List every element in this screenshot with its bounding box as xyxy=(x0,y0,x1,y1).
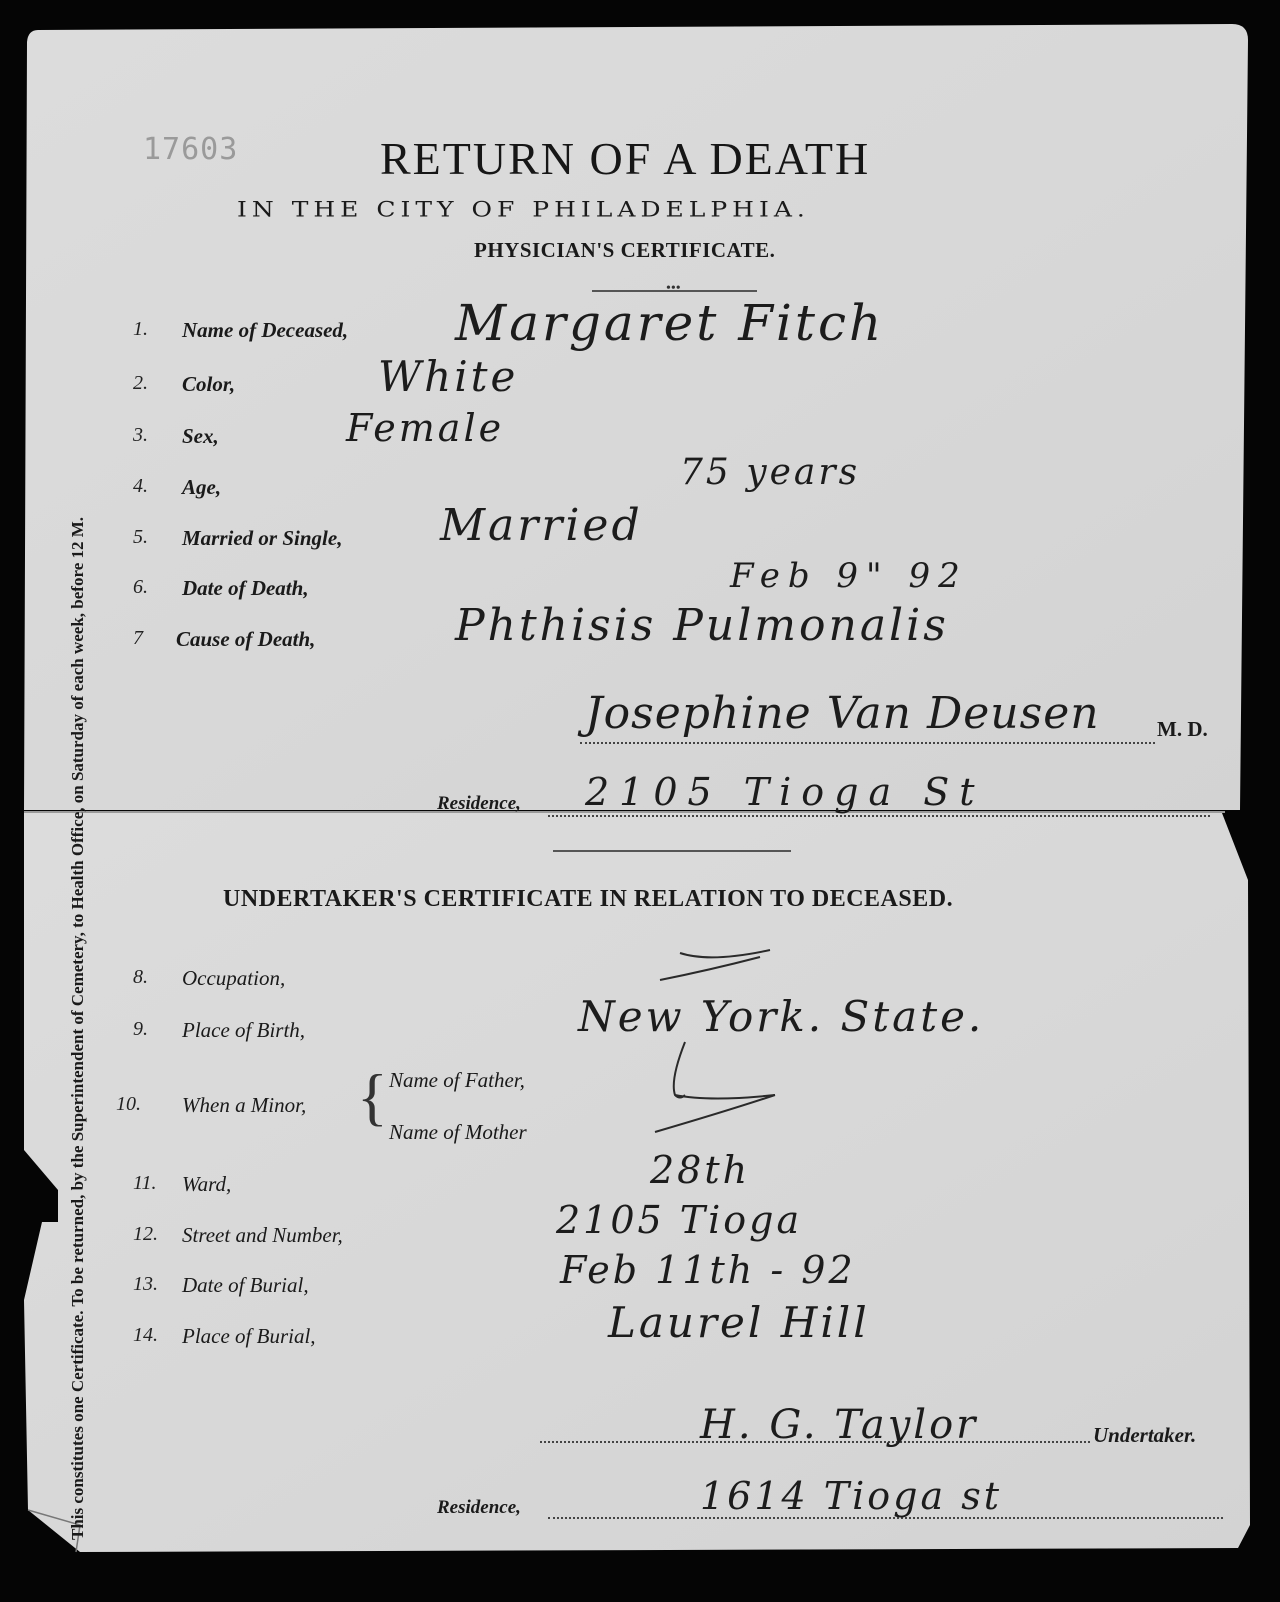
label-date-of-death: Date of Death, xyxy=(182,576,309,601)
label-ward: Ward, xyxy=(182,1172,231,1197)
brace-glyph: { xyxy=(357,1060,388,1134)
value-street-and-number: 2105 Tioga xyxy=(556,1198,802,1242)
value-place-of-birth: New York. State. xyxy=(578,992,984,1041)
field-number: 14. xyxy=(133,1324,158,1347)
label-place-of-burial: Place of Burial, xyxy=(182,1324,316,1349)
label-occupation: Occupation, xyxy=(182,966,285,991)
field-number: 5. xyxy=(133,526,148,549)
label-street-and-number: Street and Number, xyxy=(182,1223,343,1248)
field-number: 13. xyxy=(133,1273,158,1296)
label-place-of-birth: Place of Birth, xyxy=(182,1018,305,1043)
margin-instructions: This constitutes one Certificate. To be … xyxy=(68,120,88,1540)
minor-dash-mark xyxy=(630,1040,830,1140)
label-name-of-mother: Name of Mother xyxy=(389,1120,527,1145)
label-color: Color, xyxy=(182,372,235,397)
value-age: 75 years xyxy=(680,452,860,493)
label-date-of-burial: Date of Burial, xyxy=(182,1273,309,1298)
value-name-of-deceased: Margaret Fitch xyxy=(455,294,884,352)
value-color: White xyxy=(378,352,518,401)
value-sex: Female xyxy=(346,406,504,450)
occupation-dash-mark xyxy=(640,945,790,985)
md-suffix: M. D. xyxy=(1157,717,1208,742)
label-sex: Sex, xyxy=(182,424,219,449)
field-number: 10. xyxy=(116,1093,141,1116)
field-number: 12. xyxy=(133,1223,158,1246)
label-name-of-deceased: Name of Deceased, xyxy=(182,318,348,343)
field-number: 1. xyxy=(133,318,148,341)
field-number: 11. xyxy=(133,1172,157,1195)
undertaker-residence-value: 1614 Tioga st xyxy=(700,1474,1002,1518)
undertaker-suffix: Undertaker. xyxy=(1093,1423,1196,1448)
field-number: 9. xyxy=(133,1018,148,1041)
undertaker-residence-label: Residence, xyxy=(437,1497,521,1519)
undertaker-signature: H. G. Taylor xyxy=(700,1402,978,1448)
physician-signature: Josephine Van Deusen xyxy=(585,688,1100,739)
label-when-a-minor: When a Minor, xyxy=(182,1093,306,1118)
field-number: 8. xyxy=(133,966,148,989)
document-subtitle: IN THE CITY OF PHILADELPHIA. xyxy=(237,197,810,222)
label-name-of-father: Name of Father, xyxy=(389,1068,525,1093)
value-date-of-death: Feb 9" 92 xyxy=(730,556,968,596)
undertaker-section-heading: UNDERTAKER'S CERTIFICATE IN RELATION TO … xyxy=(223,886,953,913)
document-title: RETURN OF A DEATH xyxy=(380,132,870,185)
value-married-or-single: Married xyxy=(440,500,643,551)
physician-section-heading: PHYSICIAN'S CERTIFICATE. xyxy=(474,238,775,263)
field-number: 4. xyxy=(133,475,148,498)
residence-line xyxy=(548,815,1210,817)
physician-residence-label: Residence, xyxy=(437,793,521,815)
field-number: 7 xyxy=(133,627,143,650)
value-ward: 28th xyxy=(650,1148,750,1192)
value-cause-of-death: Phthisis Pulmonalis xyxy=(455,600,949,651)
field-number: 6. xyxy=(133,576,148,599)
field-number: 3. xyxy=(133,424,148,447)
label-age: Age, xyxy=(182,475,221,500)
value-place-of-burial: Laurel Hill xyxy=(608,1298,870,1347)
field-number: 2. xyxy=(133,372,148,395)
death-certificate: This constitutes one Certificate. To be … xyxy=(0,0,1280,1602)
label-cause-of-death: Cause of Death, xyxy=(176,627,315,652)
section-divider xyxy=(553,850,791,852)
physician-residence-value: 2105 Tioga St xyxy=(585,770,985,814)
serial-number: 17603 xyxy=(143,132,238,167)
value-date-of-burial: Feb 11th - 92 xyxy=(560,1248,856,1292)
label-married-or-single: Married or Single, xyxy=(182,526,342,551)
signature-line xyxy=(580,742,1155,744)
